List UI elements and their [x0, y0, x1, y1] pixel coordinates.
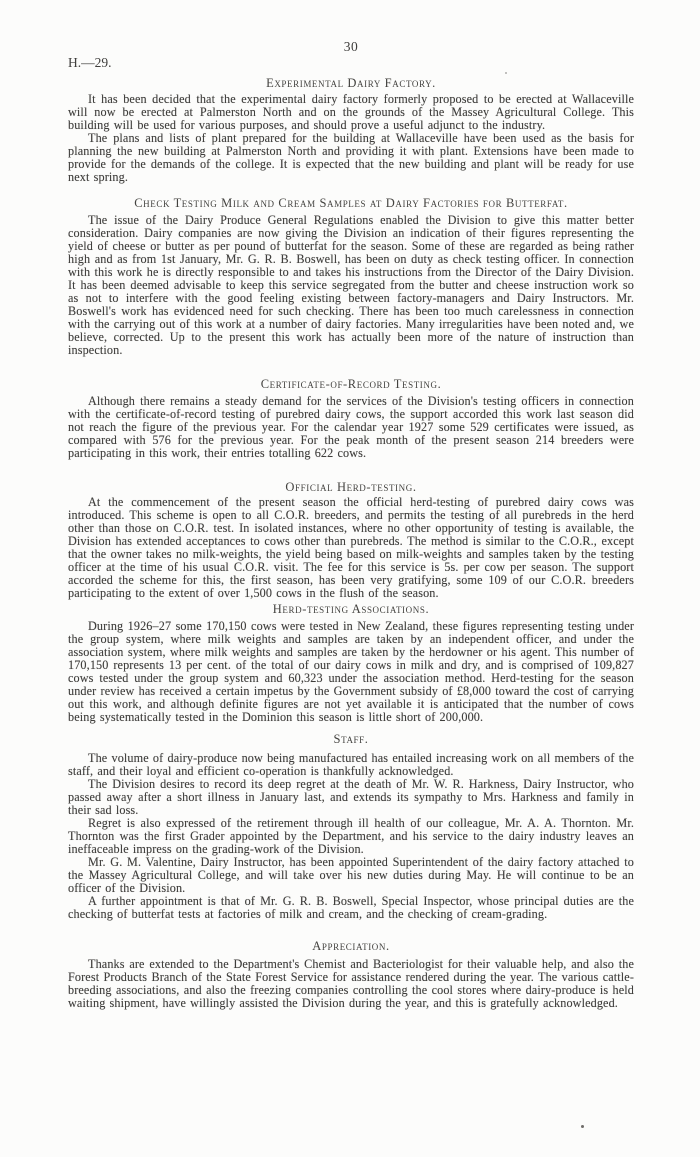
ink-speck [581, 1125, 584, 1128]
section-staff: Staff. The volume of dairy-produce now b… [68, 732, 634, 921]
section-heading: Staff. [68, 732, 634, 746]
section-heading: Check Testing Milk and Cream Samples at … [68, 196, 634, 210]
section-official-herd-testing: Official Herd-testing. At the commenceme… [68, 480, 634, 600]
section-heading: Certificate-of-Record Testing. [68, 377, 634, 391]
paragraph: Mr. G. M. Valentine, Dairy Instructor, h… [68, 856, 634, 895]
section-experimental-dairy-factory: Experimental Dairy Factory. It has been … [68, 76, 634, 184]
paragraph: The volume of dairy-produce now being ma… [68, 752, 634, 778]
section-check-testing: Check Testing Milk and Cream Samples at … [68, 196, 634, 357]
ink-speck [505, 72, 507, 74]
paragraph: At the commencement of the present seaso… [68, 496, 634, 600]
section-heading: Appreciation. [68, 939, 634, 953]
section-appreciation: Appreciation. Thanks are extended to the… [68, 939, 634, 1010]
paragraph: During 1926–27 some 170,150 cows were te… [68, 620, 634, 724]
paragraph: It has been decided that the experimenta… [68, 93, 634, 132]
scanned-report-page: 30 H.—29. Experimental Dairy Factory. It… [0, 0, 700, 1157]
section-herd-testing-associations: Herd-testing Associations. During 1926–2… [68, 602, 634, 724]
report-reference: H.—29. [68, 56, 634, 70]
paragraph: The issue of the Dairy Produce General R… [68, 214, 634, 357]
paragraph: A further appointment is that of Mr. G. … [68, 895, 634, 921]
paragraph: Although there remains a steady demand f… [68, 395, 634, 460]
paragraph: The Division desires to record its deep … [68, 778, 634, 817]
paragraph: Thanks are extended to the Department's … [68, 958, 634, 1010]
paragraph: Regret is also expressed of the retireme… [68, 817, 634, 856]
paragraph: The plans and lists of plant prepared fo… [68, 132, 634, 184]
section-heading: Experimental Dairy Factory. [68, 76, 634, 90]
section-heading: Herd-testing Associations. [68, 602, 634, 616]
section-heading: Official Herd-testing. [68, 480, 634, 494]
page-number: 30 [68, 40, 634, 53]
section-certificate-of-record-testing: Certificate-of-Record Testing. Although … [68, 377, 634, 460]
